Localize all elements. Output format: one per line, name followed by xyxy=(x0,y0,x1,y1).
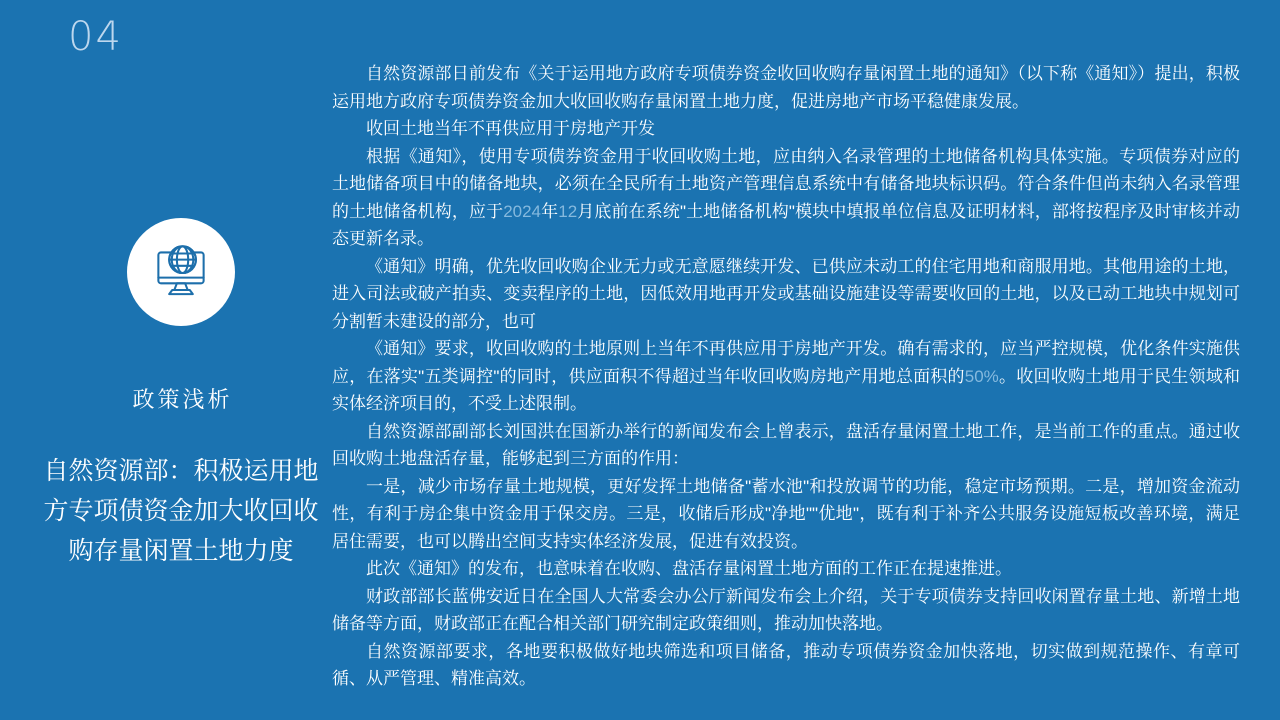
article-paragraph: 自然资源部要求，各地要积极做好地块筛选和项目储备，推动专项债券资金加快落地，切实… xyxy=(332,638,1240,693)
article-paragraph: 《通知》要求，收回收购的土地原则上当年不再供应用于房地产开发。确有需求的，应当严… xyxy=(332,335,1240,418)
article-paragraph: 根据《通知》，使用专项债券资金用于收回收购土地，应由纳入名录管理的土地储备机构具… xyxy=(332,143,1240,253)
slide-title: 自然资源部：积极运用地方专项债资金加大收回收购存量闲置土地力度 xyxy=(40,451,322,571)
article-paragraph: 《通知》明确，优先收回收购企业无力或无意愿继续开发、已供应未动工的住宅用地和商服… xyxy=(332,253,1240,336)
article-paragraph: 一是，减少市场存量土地规模，更好发挥土地储备"蓄水池"和投放调节的功能，稳定市场… xyxy=(332,473,1240,556)
section-label: 政策浅析 xyxy=(0,383,362,414)
sidebar: 政策浅析 自然资源部：积极运用地方专项债资金加大收回收购存量闲置土地力度 xyxy=(0,0,362,720)
article-paragraph: 财政部部长蓝佛安近日在全国人大常委会办公厅新闻发布会上介绍，关于专项债券支持回收… xyxy=(332,583,1240,638)
article-paragraph: 自然资源部日前发布《关于运用地方政府专项债券资金收回收购存量闲置土地的通知》（以… xyxy=(332,60,1240,115)
icon-circle xyxy=(127,218,235,326)
article-body: 自然资源部日前发布《关于运用地方政府专项债券资金收回收购存量闲置土地的通知》（以… xyxy=(332,60,1240,693)
article-paragraph: 此次《通知》的发布，也意味着在收购、盘活存量闲置土地方面的工作正在提速推进。 xyxy=(332,555,1240,583)
article-paragraph: 收回土地当年不再供应用于房地产开发 xyxy=(332,115,1240,143)
presentation-slide: 04 xyxy=(0,0,1280,720)
monitor-globe-icon xyxy=(145,236,217,308)
article-paragraph: 自然资源部副部长刘国洪在国新办举行的新闻发布会上曾表示，盘活存量闲置土地工作，是… xyxy=(332,418,1240,473)
